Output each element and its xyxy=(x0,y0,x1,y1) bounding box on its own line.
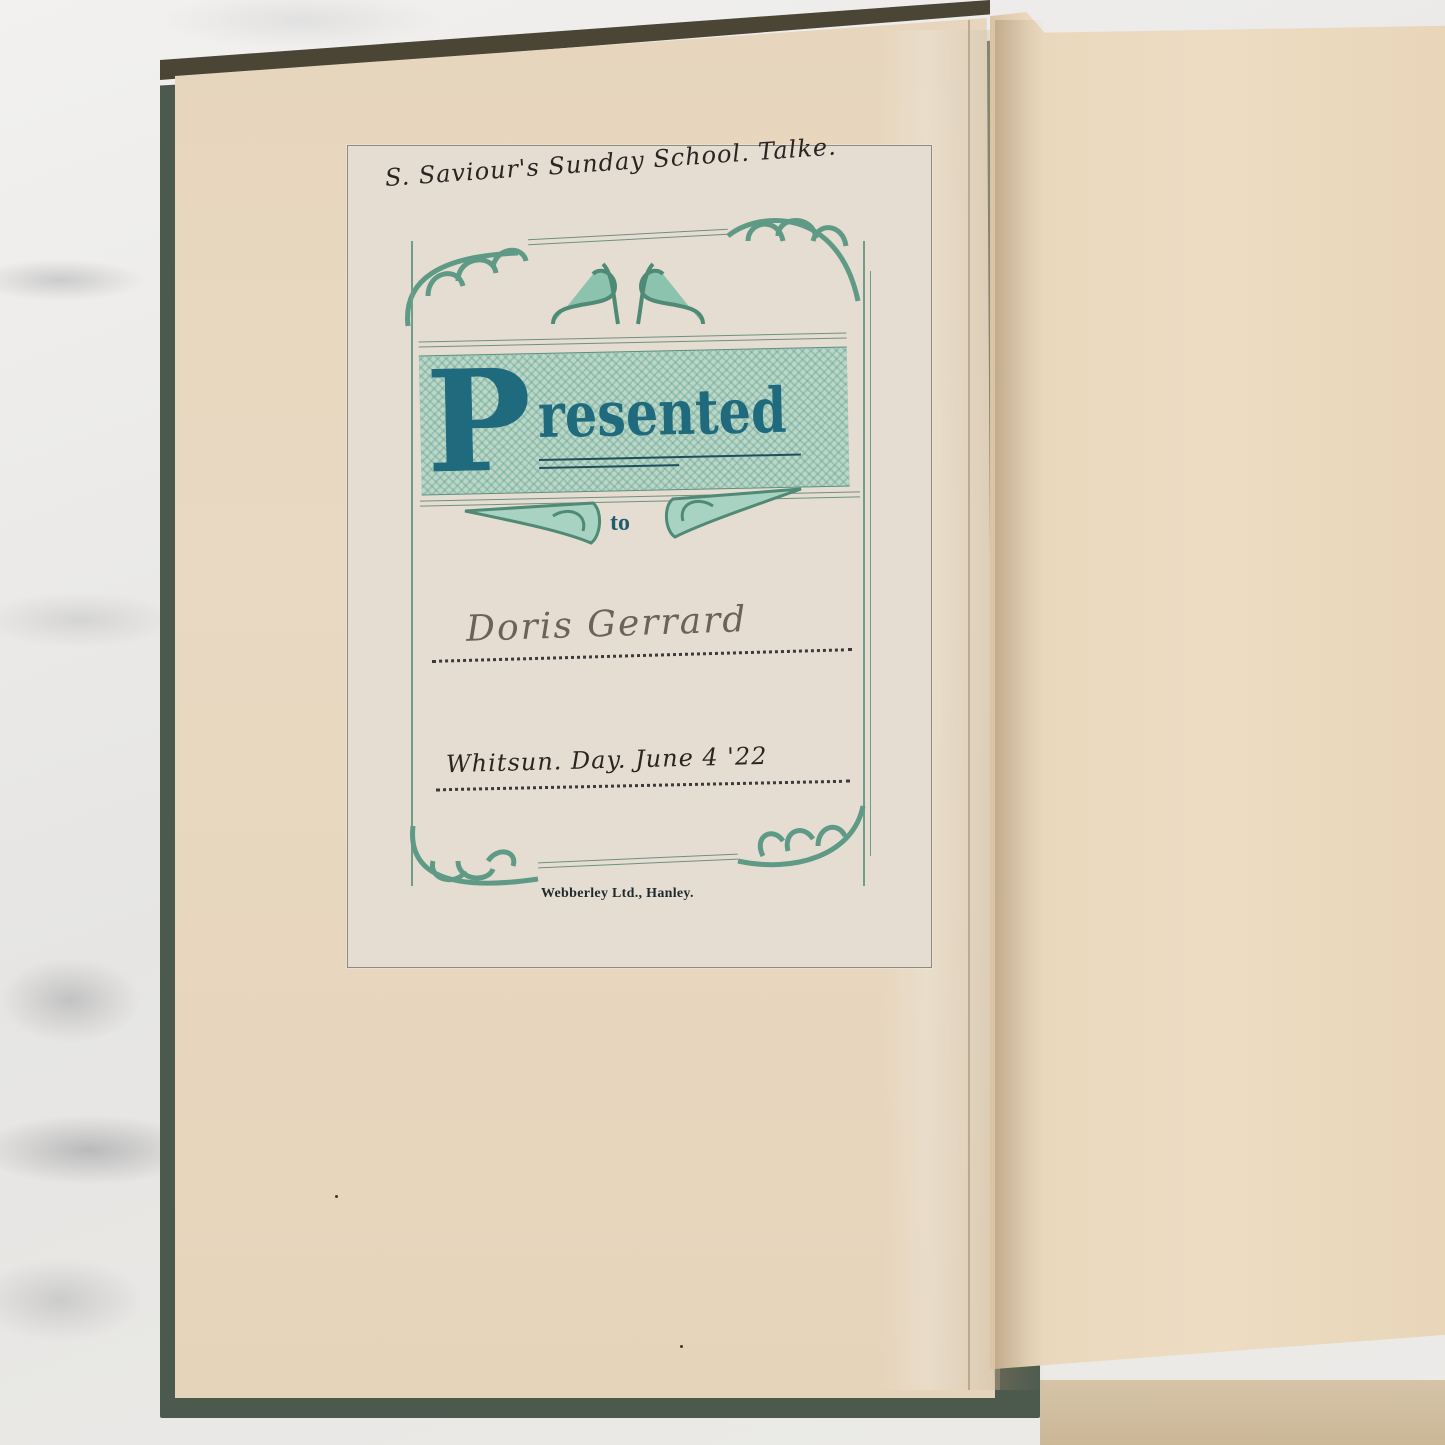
table-surface xyxy=(1040,1380,1445,1445)
presented-heading: resented xyxy=(537,380,787,447)
corner-scroll-ornament-bottom-right xyxy=(733,801,873,891)
hinge-line xyxy=(968,20,970,1390)
paper-speck xyxy=(680,1345,683,1348)
printer-imprint: Webberley Ltd., Hanley. xyxy=(541,886,694,902)
corner-scroll-ornament-bottom-left xyxy=(403,821,543,901)
free-endpaper xyxy=(990,12,1445,1390)
wing-ornament-right xyxy=(653,481,803,541)
to-label: to xyxy=(610,510,630,537)
presentation-bookplate: S. Saviour's Sunday School. Talke. P xyxy=(347,145,932,968)
paper-speck xyxy=(335,1195,338,1198)
illuminated-drop-cap: P xyxy=(425,351,533,493)
gutter-shadow xyxy=(995,20,1045,1390)
presented-banner: P resented xyxy=(418,327,849,496)
wing-ornament-left xyxy=(463,491,608,546)
